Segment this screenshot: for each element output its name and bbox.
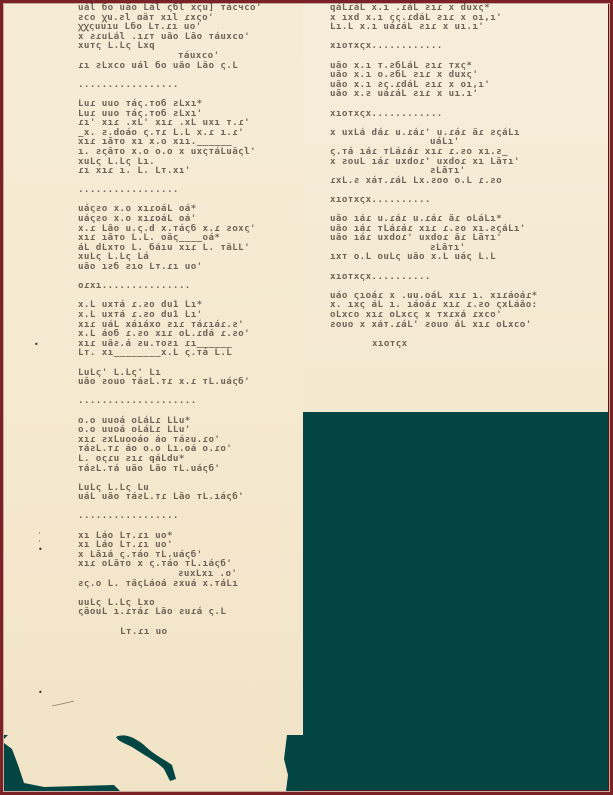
line-gap xyxy=(78,617,262,627)
line-gap xyxy=(330,329,538,339)
text-line: ɾхL.ƨ хáт.ɾáL Lх.ƨоо о.L ɾ.ƨо xyxy=(330,176,538,186)
text-line: Lт.ɾı uо xyxy=(78,627,262,637)
text-line: uãо х.ƨ uáɾáL ƨıɾ х uı.ı' xyxy=(330,89,538,99)
text-line: ƨς.о L. тãςLáоá ƨхuá х.тáLı xyxy=(78,579,262,589)
text-line: .................... xyxy=(78,396,262,406)
text-line: ɾı ƨLхсо uál бо uãо Lãо ς.L xyxy=(78,61,262,71)
text-line: оɾхı............... xyxy=(78,281,262,291)
left-column-text: uál бо uãо Lál ςбl хςu] тáсчсо'ƨсо ꭓu.ƨl… xyxy=(78,3,262,636)
pencil-stroke xyxy=(52,700,76,708)
text-line: хıотхςх............ xyxy=(330,109,538,119)
torn-edge-right xyxy=(303,404,608,414)
text-line: хıотхςх.......... xyxy=(330,195,538,205)
text-line: Lı.L х.ı uáɾáL ƨıɾ х uı.ı' xyxy=(330,22,538,32)
text-line: хıотхςх............ xyxy=(330,41,538,51)
torn-edge-bottom xyxy=(4,735,303,791)
text-line: ................. xyxy=(78,511,262,521)
text-line: uãо ıƨб ƨıо Lт.ɾı uо' xyxy=(78,262,262,272)
margin-mark: • xyxy=(34,340,39,349)
text-line: Lт. хı________х.L ς.тá L.L xyxy=(78,348,262,358)
text-line: хıотхςх.......... xyxy=(330,272,538,282)
text-line: uáL uãо тáƨL.тɾ Lãо тL.ıáςб' xyxy=(78,492,262,502)
text-line: ƨоuо х хáт.ɾáL' ƨоuо áL хıɾ оLхсо' xyxy=(330,320,538,330)
margin-mark: ··• xyxy=(38,530,43,554)
right-column-text: qáLɾáL х.ı .ɾáL ƨıɾ х duхς*х ıхd х.ı ςς.… xyxy=(330,3,538,348)
text-line: хuтς L.Lς Lхq xyxy=(78,41,262,51)
text-line: ɾı хıɾ ı. L. Lт.хı' xyxy=(78,166,262,176)
text-line: ıхт о.L оuLς uãо х.L uáς L.L xyxy=(330,252,538,262)
text-line: uãо ƨоuо тáƨL.тɾ х.ɾ тL.uáςб' xyxy=(78,377,262,387)
text-line: ................. xyxy=(78,185,262,195)
margin-mark: • xyxy=(38,688,43,697)
text-line: ςãоuL ı.ɾтáɾ Lão ƨuɾá ς.L xyxy=(78,607,262,617)
text-line: тáƨL.тá uãо Lãо тL.uáςб' xyxy=(78,464,262,474)
text-line: ................. xyxy=(78,80,262,90)
text-line: хıотςх xyxy=(330,339,538,349)
